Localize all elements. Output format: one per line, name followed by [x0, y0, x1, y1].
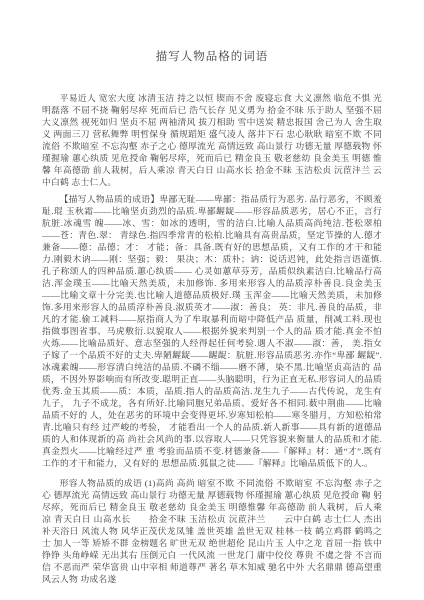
page-title: 描写人物品格的词语 — [0, 48, 424, 64]
idiom-categories-paragraph: 形容人物品质的成语 (1)高尚 高尚 暗室不欺 不同流俗 不欺暗室 不忘沟壑 赤… — [42, 477, 382, 585]
word-list-paragraph: 平易近人 宽宏大度 冰清玉洁 持之以恒 锲而不舍 废寝忘食 大义凛然 临危不惧 … — [42, 92, 382, 188]
document-body: 平易近人 宽宏大度 冰清玉洁 持之以恒 锲而不舍 废寝忘食 大义凛然 临危不惧 … — [42, 92, 382, 585]
idiom-explanations-paragraph: 【描写人物品质的成语】卑鄙无耻——卑鄙：指品质行为恶劣. 品行恶劣，不顾羞耻.琨… — [42, 193, 382, 469]
document-page: 描写人物品格的词语 平易近人 宽宏大度 冰清玉洁 持之以恒 锲而不舍 废寝忘食 … — [0, 0, 424, 600]
